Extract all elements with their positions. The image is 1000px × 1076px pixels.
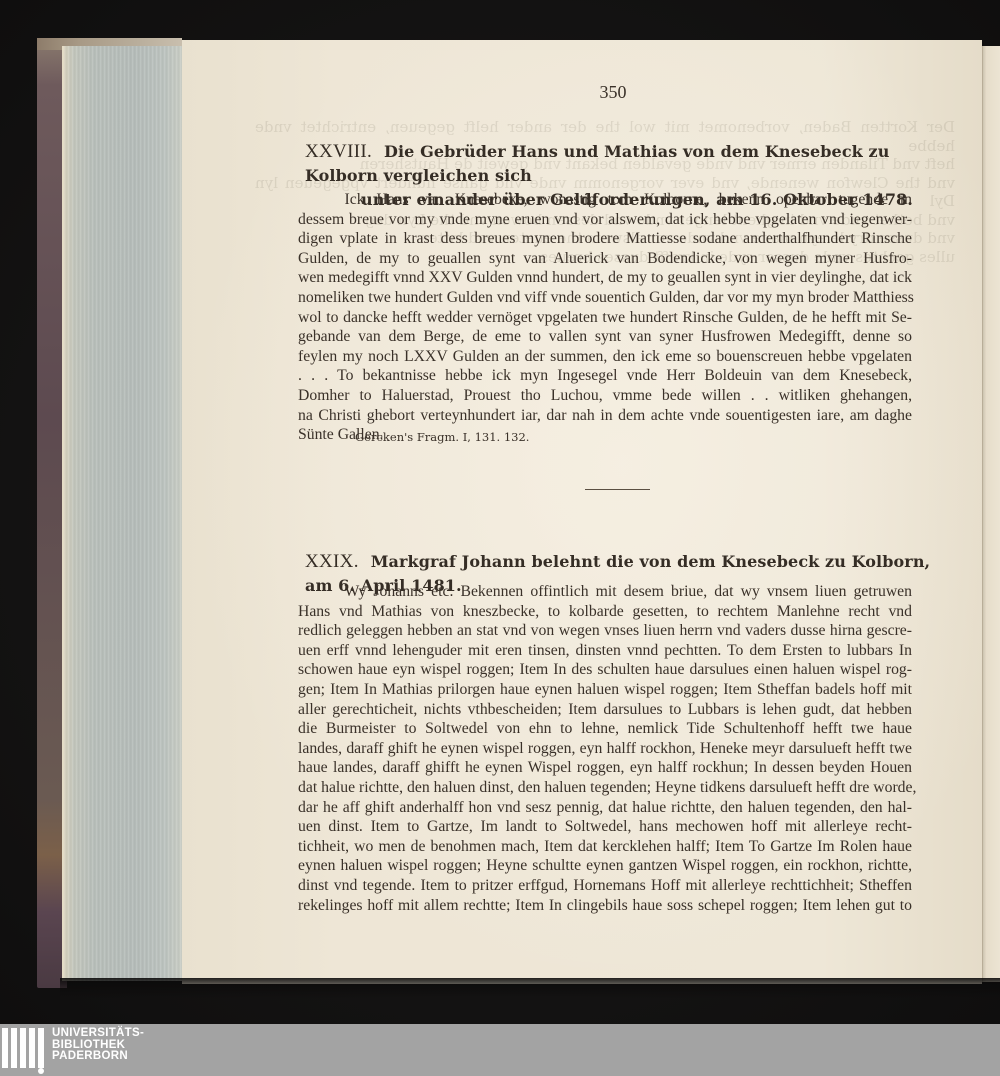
logo-dot-icon bbox=[38, 1068, 44, 1074]
text-line: Domher to Haluerstad, Prouest tho Luchou… bbox=[298, 386, 912, 406]
text-line: dessem breue vor my vnde myne eruen vnd … bbox=[298, 210, 912, 230]
section-title-line1: Die Gebrüder Hans und Mathias von dem Kn… bbox=[305, 142, 889, 185]
logo-line: UNIVERSITÄTS- bbox=[52, 1028, 144, 1040]
text-line: gebande van dem Berge, de eme to vallen … bbox=[298, 327, 912, 347]
text-line: haue landes, daraff ghifft he eynen Wisp… bbox=[298, 758, 912, 778]
text-line: redlich geleggen hebben an stat vnd von … bbox=[298, 621, 912, 641]
page-bottom-shadow bbox=[60, 978, 1000, 998]
section-body-xxix: Wy Johanns etc. Bekennen offintlich mit … bbox=[298, 582, 912, 915]
text-line: rekelinges hoff mit allem rechtte; Item … bbox=[298, 896, 912, 916]
text-line: Ick Hans van Knesebeke, wonastig tom Kol… bbox=[298, 190, 912, 210]
library-logo-text: UNIVERSITÄTS- BIBLIOTHEK PADERBORN bbox=[52, 1028, 144, 1063]
text-line: wen medegifft vnnd XXV Gulden vnnd hunde… bbox=[298, 268, 912, 288]
text-line: tichheit, wo men de benohmen mach, Item … bbox=[298, 837, 912, 857]
library-footer-bar: UNIVERSITÄTS- BIBLIOTHEK PADERBORN bbox=[0, 1024, 1000, 1076]
text-line: aller gerechticheit, nichts vthbescheide… bbox=[298, 700, 912, 720]
text-line: digen vplate in krast dess breues mynen … bbox=[298, 229, 912, 249]
library-logo-icon bbox=[0, 1028, 48, 1072]
text-line: uen dinst. Item to Gartze, Im landt to S… bbox=[298, 817, 912, 837]
text-line: na Christi ghebort verteynhundert iar, d… bbox=[298, 406, 912, 426]
section-numeral: XXVIII. bbox=[305, 141, 372, 162]
text-line: gen; Item In Mathias prilorgen haue eyne… bbox=[298, 680, 912, 700]
text-line: Gulden, de my to geuallen synt van Aluer… bbox=[298, 249, 912, 269]
text-line: Wy Johanns etc. Bekennen offintlich mit … bbox=[298, 582, 912, 602]
text-line: nomeliken twe hundert Gulden vnd viff vn… bbox=[298, 288, 912, 308]
text-line: schowen haue eyn wispel roggen; Item In … bbox=[298, 660, 912, 680]
text-line: dat halue richtte, den haluen dinst, den… bbox=[298, 778, 912, 798]
text-line: uen erff vnnd lehenguder mit eren tinsen… bbox=[298, 641, 912, 661]
text-line: dinst vnd tegende. Item to pritzer erffg… bbox=[298, 876, 912, 896]
source-citation: Gercken's Fragm. I, 131. 132. bbox=[355, 430, 529, 444]
page-number: 350 bbox=[588, 82, 638, 103]
text-line: feylen my noch LXXV Gulden an der summen… bbox=[298, 347, 912, 367]
section-body-xxviii: Ick Hans van Knesebeke, wonastig tom Kol… bbox=[298, 190, 912, 445]
next-page-edge bbox=[982, 46, 1000, 982]
logo-line: PADERBORN bbox=[52, 1051, 144, 1063]
text-line: landes, daraff ghift he eynen wispel rog… bbox=[298, 739, 912, 759]
text-line: eynen haluen wispel roggen; Heyne schult… bbox=[298, 856, 912, 876]
page-block-edge bbox=[62, 46, 182, 981]
text-line: wol to dancke hefft wedder vernöget vpge… bbox=[298, 308, 912, 328]
text-line: die Burmeister to Soltwedel von ehn to l… bbox=[298, 719, 912, 739]
section-numeral: XXIX. bbox=[305, 551, 359, 572]
section-divider bbox=[585, 489, 650, 490]
text-line: dar he aff ghift anderhalff hon vnd sesz… bbox=[298, 798, 912, 818]
text-line: . . . To bekantnisse hebbe ick myn Inges… bbox=[298, 366, 912, 386]
text-line: Hans vnd Mathias von kneszbecke, to kolb… bbox=[298, 602, 912, 622]
